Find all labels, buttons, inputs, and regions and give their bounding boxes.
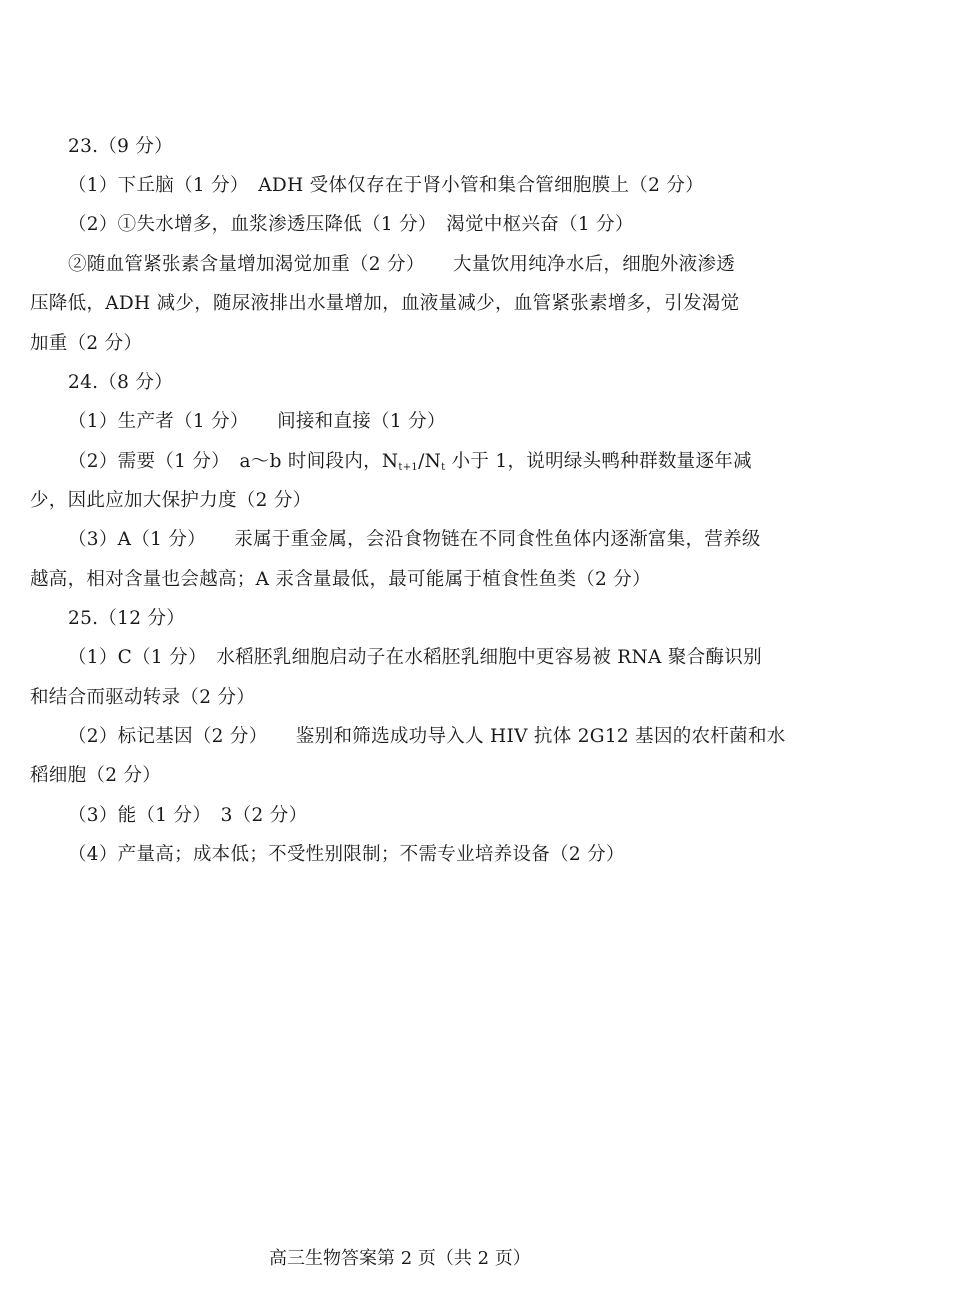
q25-part4: （4）产量高；成本低；不受性别限制；不需专业培养设备（2 分） <box>68 843 625 867</box>
page-footer: 高三生物答案第 2 页（共 2 页） <box>269 1247 531 1271</box>
q25-part2-line2: 稻细胞（2 分） <box>30 764 161 788</box>
answer-page: 23.（9 分） （1）下丘脑（1 分） ADH 受体仅存在于肾小管和集合管细胞… <box>0 0 971 1300</box>
question-25-header: 25.（12 分） <box>68 607 185 631</box>
q25-part1-line1: （1）C（1 分） 水稻胚乳细胞启动子在水稻胚乳细胞中更容易被 RNA 聚合酶识… <box>68 646 762 670</box>
q23-part2-2-line1: ②随血管紧张素含量增加渴觉加重（2 分） 大量饮用纯净水后，细胞外液渗透 <box>68 253 735 277</box>
q24-part2-text-mid: /N <box>418 451 441 472</box>
question-24-header: 24.（8 分） <box>68 371 173 395</box>
q24-part2-line2: 少，因此应加大保护力度（2 分） <box>30 489 311 513</box>
q25-part3: （3）能（1 分） 3（2 分） <box>68 804 307 828</box>
q24-part1: （1）生产者（1 分） 间接和直接（1 分） <box>68 410 446 434</box>
q24-part3-line2: 越高，相对含量也会越高；A 汞含量最低，最可能属于植食性鱼类（2 分） <box>30 568 651 592</box>
q24-part2-text-post: 小于 1，说明绿头鸭种群数量逐年减 <box>445 451 751 472</box>
q24-part2-text-pre: （2）需要（1 分） a～b 时间段内，N <box>68 451 398 472</box>
q23-part1: （1）下丘脑（1 分） ADH 受体仅存在于肾小管和集合管细胞膜上（2 分） <box>68 174 704 198</box>
q23-part2-2-line2: 压降低，ADH 减少，随尿液排出水量增加，血液量减少，血管紧张素增多，引发渴觉 <box>30 292 739 316</box>
subscript-t-plus-1: t+1 <box>398 462 418 473</box>
question-23-header: 23.（9 分） <box>68 135 173 159</box>
q23-part2-2-line3: 加重（2 分） <box>30 332 142 356</box>
q24-part3-line1: （3）A（1 分） 汞属于重金属，会沿食物链在不同食性鱼体内逐渐富集，营养级 <box>68 528 761 552</box>
q25-part1-line2: 和结合而驱动转录（2 分） <box>30 686 255 710</box>
q23-part2-1: （2）①失水增多，血浆渗透压降低（1 分） 渴觉中枢兴奋（1 分） <box>68 213 634 237</box>
q25-part2-line1: （2）标记基因（2 分） 鉴别和筛选成功导入人 HIV 抗体 2G12 基因的农… <box>68 725 786 749</box>
q24-part2-line1: （2）需要（1 分） a～b 时间段内，Nt+1/Nt 小于 1，说明绿头鸭种群… <box>68 450 752 480</box>
